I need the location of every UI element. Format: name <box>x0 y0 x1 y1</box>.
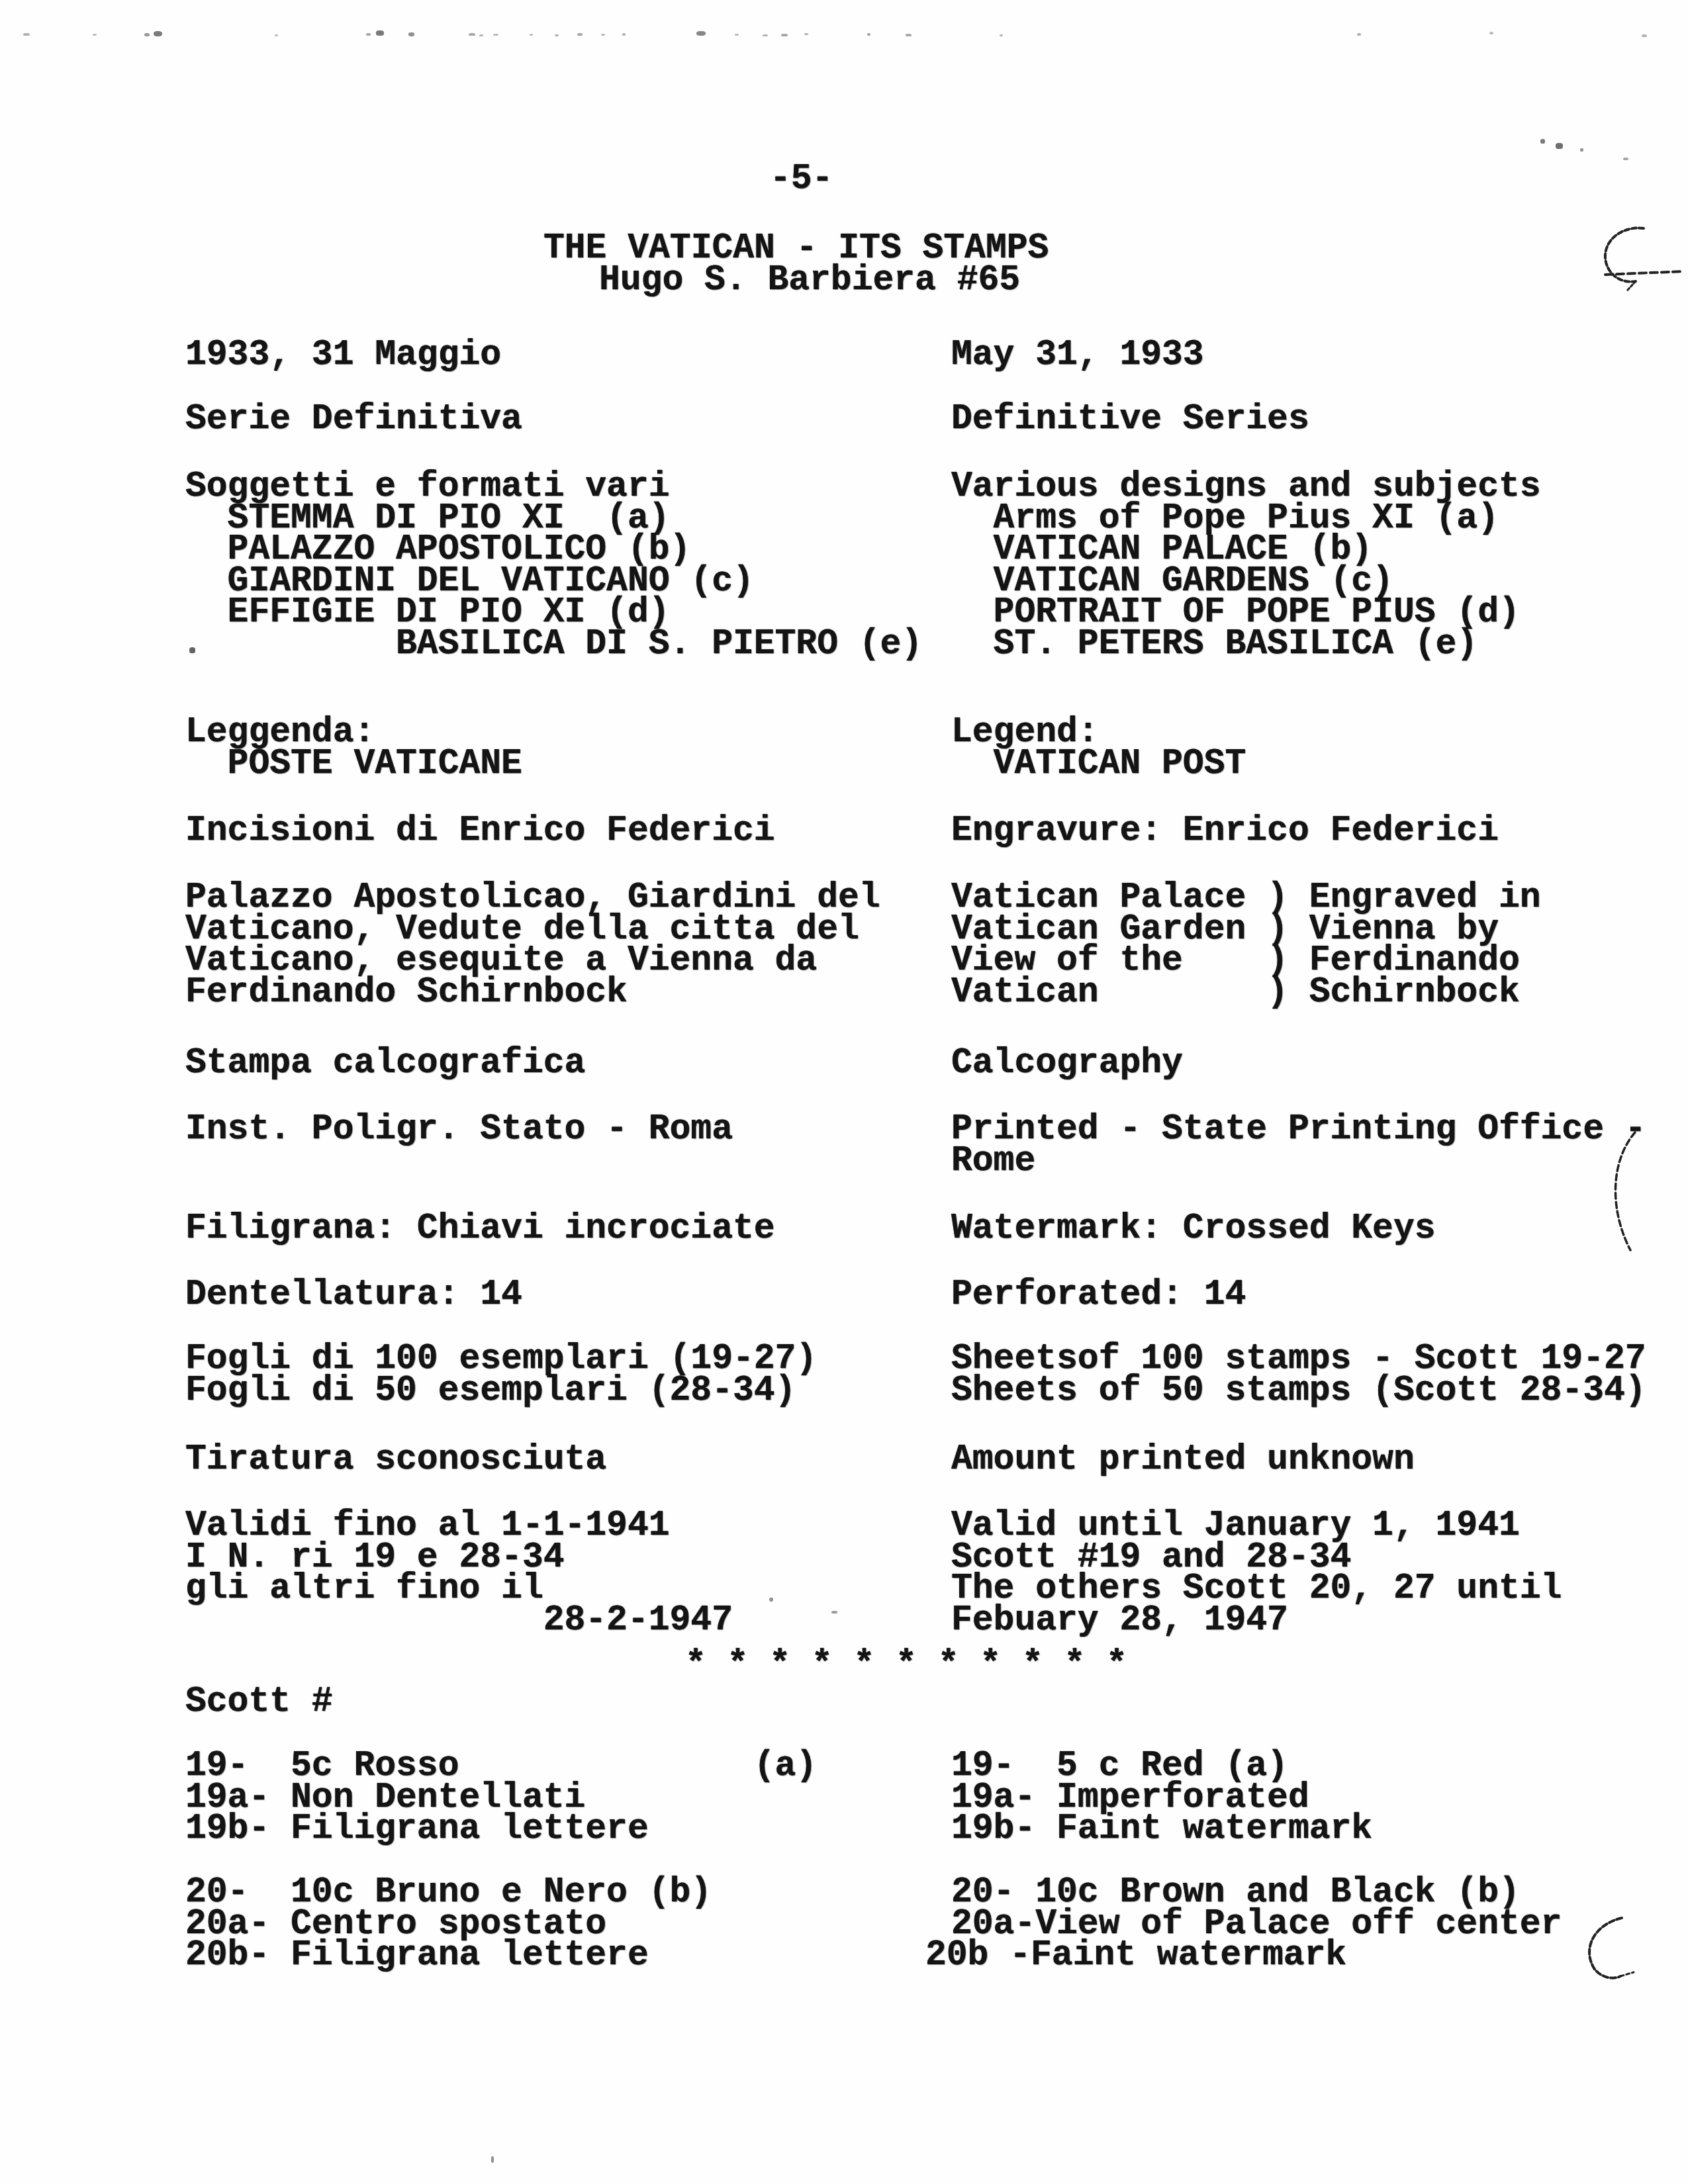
noise-speck <box>1000 34 1003 36</box>
noise-speck <box>23 33 30 36</box>
ink-dot <box>1556 143 1563 149</box>
noise-speck <box>577 33 583 36</box>
document-subtitle: Hugo S. Barbiera #65 <box>599 265 1020 296</box>
italian-validity: Validi fino al 1-1-1941 I N. ri 19 e 28-… <box>185 1510 733 1636</box>
noise-speck <box>144 33 150 36</box>
italian-engraver: Incisioni di Enrico Federici <box>185 815 775 847</box>
italian-subjects: Soggetti e formati vari STEMMA DI PIO XI… <box>185 471 922 660</box>
noise-speck <box>781 34 788 36</box>
noise-speck <box>906 34 912 36</box>
noise-speck <box>867 33 870 36</box>
italian-printing-method: Stampa calcografica <box>185 1048 585 1079</box>
english-scott-19: 19- 5 c Red (a) 19a- Imperforated 19b- F… <box>951 1751 1372 1845</box>
italian-scott-19: 19- 5c Rosso (a) 19a- Non Dentellati 19b… <box>185 1751 817 1845</box>
english-subjects: Various designs and subjects Arms of Pop… <box>951 471 1541 660</box>
noise-speck <box>376 30 384 36</box>
noise-speck <box>530 34 533 36</box>
ink-dot <box>491 2156 494 2163</box>
noise-speck <box>735 34 739 36</box>
noise-speck <box>366 33 371 36</box>
italian-series: Serie Definitiva <box>185 404 522 435</box>
ink-dot <box>769 1598 773 1602</box>
noise-speck <box>408 32 414 36</box>
english-printer: Printed - State Printing Office - Rome <box>951 1114 1646 1177</box>
italian-print-run: Tiratura sconosciuta <box>185 1444 606 1476</box>
noise-speck <box>1642 34 1647 37</box>
english-sheets: Sheetsof 100 stamps - Scott 19-27 Sheets… <box>951 1343 1646 1406</box>
noise-speck <box>696 31 706 36</box>
noise-speck <box>622 33 626 36</box>
ink-dot <box>1623 158 1628 160</box>
ink-dot <box>1540 139 1545 144</box>
italian-printer: Inst. Poligr. Stato - Roma <box>185 1114 733 1146</box>
italian-engraving-note: Palazzo Apostolicao, Giardini del Vatica… <box>185 882 880 1008</box>
noise-speck <box>93 34 97 36</box>
italian-date: 1933, 31 Maggio <box>185 340 501 371</box>
noise-speck <box>1489 32 1493 34</box>
noise-speck <box>493 34 498 36</box>
english-engraving-note: Vatican Palace ) Engraved in Vatican Gar… <box>951 882 1541 1008</box>
english-perforation: Perforated: 14 <box>951 1279 1246 1311</box>
italian-sheets: Fogli di 100 esemplari (19-27) Fogli di … <box>185 1343 817 1406</box>
scott-number-header: Scott # <box>185 1686 333 1718</box>
handwritten-paren-top-mark <box>1585 222 1688 301</box>
document-page: -5- THE VATICAN - ITS STAMPS Hugo S. Bar… <box>0 0 1688 2184</box>
english-scott-20b: 20b -Faint watermark <box>925 1940 1346 1972</box>
english-scott-20: 20- 10c Brown and Black (b) 20a-View of … <box>951 1877 1562 1940</box>
noise-speck <box>154 31 162 36</box>
ink-dot <box>831 1611 837 1614</box>
ink-dot <box>1580 148 1583 152</box>
noise-speck <box>469 33 475 36</box>
noise-speck <box>763 34 768 36</box>
english-date: May 31, 1933 <box>951 340 1204 371</box>
english-series: Definitive Series <box>951 404 1309 435</box>
noise-speck <box>1357 33 1361 36</box>
english-legend: Legend: VATICAN POST <box>951 717 1246 780</box>
noise-speck <box>479 34 483 36</box>
asterisk-separator: * * * * * * * * * * * <box>685 1649 1127 1681</box>
italian-scott-20: 20- 10c Bruno e Nero (b) 20a- Centro spo… <box>185 1877 712 1972</box>
noise-speck <box>601 34 605 36</box>
english-watermark: Watermark: Crossed Keys <box>951 1213 1436 1245</box>
handwritten-paren-bottom-mark <box>1574 1914 1637 1983</box>
italian-legend: Leggenda: POSTE VATICANE <box>185 717 522 780</box>
noise-speck <box>275 34 278 36</box>
english-engraver: Engravure: Enrico Federici <box>951 815 1499 847</box>
page-number: -5- <box>770 163 833 195</box>
noise-speck <box>804 33 808 35</box>
english-validity: Valid until January 1, 1941 Scott #19 an… <box>951 1510 1562 1636</box>
italian-watermark: Filigrana: Chiavi incrociate <box>185 1213 775 1245</box>
noise-speck <box>555 34 559 36</box>
italian-perforation: Dentellatura: 14 <box>185 1279 522 1311</box>
english-print-run: Amount printed unknown <box>951 1444 1415 1476</box>
english-printing-method: Calcography <box>951 1048 1183 1079</box>
